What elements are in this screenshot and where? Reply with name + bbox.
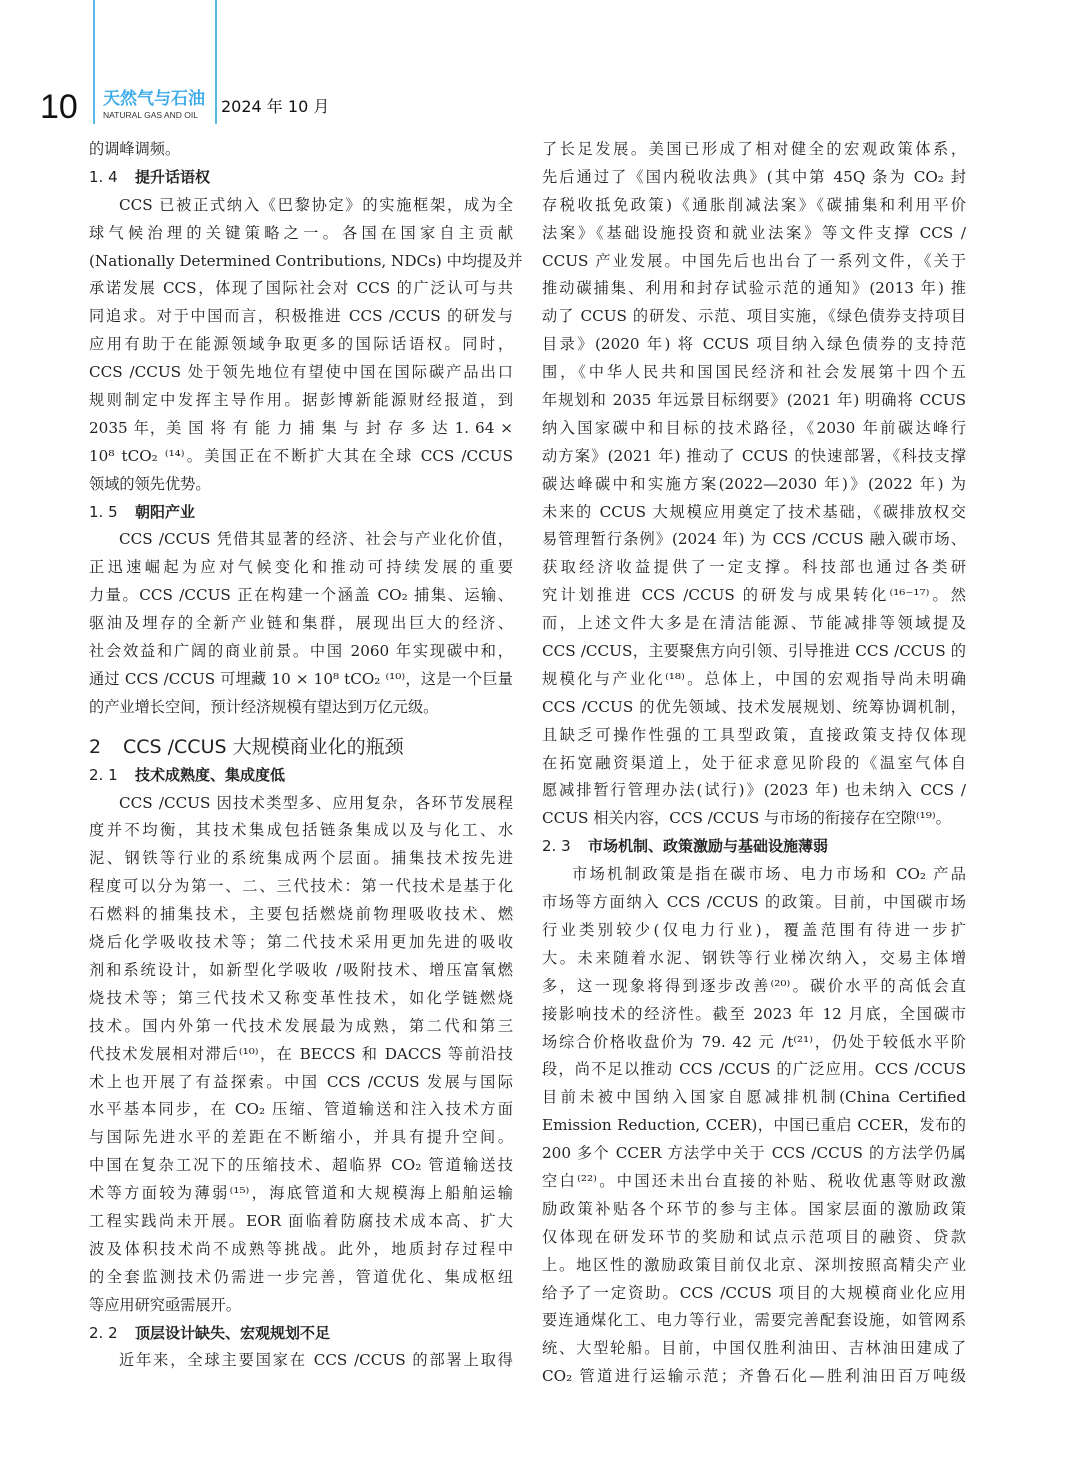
text-line: 统、大型轮船。目前，中国仅胜利油田、吉林油田建成了 xyxy=(542,1335,966,1363)
heading-number: 2. 1 xyxy=(89,762,135,790)
text-line: 获取经济收益提供了一定支撑。科技部也通过各类研 xyxy=(542,554,966,582)
text-line: 承诺发展 CCS，体现了国际社会对 CCS 的广泛认可与共 xyxy=(89,275,513,303)
heading-number: 2. 2 xyxy=(89,1320,135,1348)
text-line: 场综合价格收盘价为 79. 42 元 /t⁽²¹⁾，仍处于较低水平阶 xyxy=(542,1029,966,1057)
text-line: 球气候治理的关键策略之一。各国在国家自主贡献 xyxy=(89,220,513,248)
text-line: 程度可以分为第一、二、三代技术：第一代技术是基于化 xyxy=(89,873,513,901)
heading-title: 技术成熟度、集成度低 xyxy=(135,766,285,784)
paragraph: 的调峰调频。 xyxy=(89,136,513,164)
text-line: 剂和系统设计，如新型化学吸收 /吸附技术、增压富氧燃 xyxy=(89,957,513,985)
text-line: 10⁸ tCO₂ ⁽¹⁴⁾。美国正在不断扩大其在全球 CCS /CCUS xyxy=(89,443,513,471)
text-line: CCUS 产业发展。中国先后也出台了一系列文件，《关于 xyxy=(542,248,966,276)
paragraph: 近年来，全球主要国家在 CCS /CCUS 的部署上取得 xyxy=(89,1347,513,1375)
subsection-heading: 1. 4提升话语权 xyxy=(89,164,513,192)
text-line: 烧技术等；第三代技术又称变革性技术，如化学链燃烧 xyxy=(89,985,513,1013)
page-header: 10 天然气与石油 NATURAL GAS AND OIL 2024 年 10 … xyxy=(0,0,1080,130)
text-line: CCS /CCUS 凭借其显著的经济、社会与产业化价值， xyxy=(89,526,513,554)
text-line: CCS /CCUS 处于领先地位有望使中国在国际碳产品出口 xyxy=(89,359,513,387)
heading-title: CCS /CCUS 大规模商业化的瓶颈 xyxy=(123,736,404,758)
subsection-heading: 2. 3市场机制、政策激励与基础设施薄弱 xyxy=(542,833,966,861)
text-line: 与国际先进水平的差距在不断缩小，并具有提升空间。 xyxy=(89,1124,513,1152)
text-line: CCS /CCUS 的优先领域、技术发展规划、统筹协调机制， xyxy=(542,694,966,722)
text-line: 上。地区性的激励政策目前仅北京、深圳按照高精尖产业 xyxy=(542,1252,966,1280)
text-line: 段，尚不足以推动 CCS /CCUS 的广泛应用。CCS /CCUS xyxy=(542,1056,966,1084)
text-line: 市场等方面纳入 CCS /CCUS 的政策。目前，中国碳市场 xyxy=(542,889,966,917)
subsection-heading: 1. 5朝阳产业 xyxy=(89,499,513,527)
paragraph: 市场机制政策是指在碳市场、电力市场和 CO₂ 产品市场等方面纳入 CCS /CC… xyxy=(542,861,966,1391)
text-line: 且缺乏可操作性强的工具型政策，直接政策支持仅体现 xyxy=(542,722,966,750)
text-line: 等应用研究亟需展开。 xyxy=(89,1292,513,1320)
text-line: 愿减排暂行管理办法(试行)》(2023 年) 也未纳入 CCS / xyxy=(542,777,966,805)
text-line: 200 多个 CCER 方法学中关于 CCS /CCUS 的方法学仍属 xyxy=(542,1140,966,1168)
text-line: 代技术发展相对滞后⁽¹⁰⁾，在 BECCS 和 DACCS 等前沿技 xyxy=(89,1041,513,1069)
text-line: 度并不均衡，其技术集成包括链条集成以及与化工、水 xyxy=(89,817,513,845)
text-line: 的调峰调频。 xyxy=(89,136,513,164)
text-line: 社会效益和广阔的商业前景。中国 2060 年实现碳中和， xyxy=(89,638,513,666)
text-line: 励政策补贴各个环节的参与主体。国家层面的激励政策 xyxy=(542,1196,966,1224)
text-line: 纳入国家碳中和目标的技术路径，《2030 年前碳达峰行 xyxy=(542,415,966,443)
right-column: 了长足发展。美国已形成了相对健全的宏观政策体系，先后通过了《国内税收法典》(其中… xyxy=(542,136,966,1391)
text-line: 易管理暂行条例》(2024 年) 为 CCS /CCUS 融入碳市场、 xyxy=(542,526,966,554)
text-line: 而，上述文件大多是在清洁能源、节能减排等领域提及 xyxy=(542,610,966,638)
paragraph: 了长足发展。美国已形成了相对健全的宏观政策体系，先后通过了《国内税收法典》(其中… xyxy=(542,136,966,833)
text-line: 正迅速崛起为应对气候变化和推动可持续发展的重要 xyxy=(89,554,513,582)
text-line: 法案》《基础设施投资和就业法案》等文件支撑 CCS / xyxy=(542,220,966,248)
text-line: 泥、钢铁等行业的系统集成两个层面。捕集技术按先进 xyxy=(89,845,513,873)
paragraph: CCS /CCUS 因技术类型多、应用复杂，各环节发展程度并不均衡，其技术集成包… xyxy=(89,790,513,1320)
issue-date: 2024 年 10 月 xyxy=(221,94,329,117)
text-line: 目录》(2020 年) 将 CCUS 项目纳入绿色债券的支持范 xyxy=(542,331,966,359)
heading-title: 顶层设计缺失、宏观规划不足 xyxy=(135,1324,330,1342)
text-line: (Nationally Determined Contributions, ND… xyxy=(89,248,513,276)
text-line: 行业类别较少(仅电力行业)，覆盖范围有待进一步扩 xyxy=(542,917,966,945)
text-line: 驱油及埋存的全新产业链和集群，展现出巨大的经济、 xyxy=(89,610,513,638)
text-line: CCS /CCUS，主要聚焦方向引领、引导推进 CCS /CCUS 的 xyxy=(542,638,966,666)
text-line: 究计划推进 CCS /CCUS 的研发与成果转化⁽¹⁶⁻¹⁷⁾。然 xyxy=(542,582,966,610)
text-line: 接影响技术的经济性。截至 2023 年 12 月底，全国碳市 xyxy=(542,1001,966,1029)
journal-title-en: NATURAL GAS AND OIL xyxy=(103,110,198,120)
text-line: 力量。CCS /CCUS 正在构建一个涵盖 CO₂ 捕集、运输、 xyxy=(89,582,513,610)
subsection-heading: 2. 1技术成熟度、集成度低 xyxy=(89,762,513,790)
text-line: 推动碳捕集、利用和封存试验示范的通知》(2013 年) 推 xyxy=(542,275,966,303)
text-line: 给予了一定资助。CCS /CCUS 项目的大规模商业化应用 xyxy=(542,1280,966,1308)
text-line: 的产业增长空间，预计经济规模有望达到万亿元级。 xyxy=(89,694,513,722)
heading-number: 1. 4 xyxy=(89,164,135,192)
text-line: 同追求。对于中国而言，积极推进 CCS /CCUS 的研发与 xyxy=(89,303,513,331)
text-line: 要连通煤化工、电力等行业，需要完善配套设施，如管网系 xyxy=(542,1307,966,1335)
left-column: 的调峰调频。1. 4提升话语权CCS 已被正式纳入《巴黎协定》的实施框架，成为全… xyxy=(89,136,513,1375)
text-line: 工程实践尚未开展。EOR 面临着防腐技术成本高、扩大 xyxy=(89,1208,513,1236)
heading-title: 朝阳产业 xyxy=(135,503,195,521)
text-line: 未来的 CCUS 大规模应用奠定了技术基础，《碳排放权交 xyxy=(542,499,966,527)
text-line: 水平基本同步，在 CO₂ 压缩、管道输送和注入技术方面 xyxy=(89,1096,513,1124)
text-line: 应用有助于在能源领域争取更多的国际话语权。同时， xyxy=(89,331,513,359)
text-line: 术上也开展了有益探索。中国 CCS /CCUS 发展与国际 xyxy=(89,1069,513,1097)
text-line: CCUS 相关内容，CCS /CCUS 与市场的衔接存在空隙⁽¹⁹⁾。 xyxy=(542,805,966,833)
text-line: 仅体现在研发环节的奖励和试点示范项目的融资、贷款 xyxy=(542,1224,966,1252)
text-line: CCS /CCUS 因技术类型多、应用复杂，各环节发展程 xyxy=(89,790,513,818)
text-line: 术等方面较为薄弱⁽¹⁵⁾，海底管道和大规模海上船舶运输 xyxy=(89,1180,513,1208)
text-line: 了长足发展。美国已形成了相对健全的宏观政策体系， xyxy=(542,136,966,164)
text-line: 通过 CCS /CCUS 可埋藏 10 × 10⁸ tCO₂ ⁽¹⁰⁾，这是一个… xyxy=(89,666,513,694)
paragraph: CCS /CCUS 凭借其显著的经济、社会与产业化价值，正迅速崛起为应对气候变化… xyxy=(89,526,513,721)
heading-number: 1. 5 xyxy=(89,499,135,527)
text-line: 年规划和 2035 年远景目标纲要》(2021 年) 明确将 CCUS xyxy=(542,387,966,415)
text-line: 碳达峰碳中和实施方案(2022—2030 年)》(2022 年) 为 xyxy=(542,471,966,499)
text-line: 领域的领先优势。 xyxy=(89,471,513,499)
text-line: 先后通过了《国内税收法典》(其中第 45Q 条为 CO₂ 封 xyxy=(542,164,966,192)
heading-number: 2 xyxy=(89,732,123,762)
text-line: 在拓宽融资渠道上，处于征求意见阶段的《温室气体自 xyxy=(542,750,966,778)
text-line: 存税收抵免政策)《通胀削减法案》《碳捕集和利用平价 xyxy=(542,192,966,220)
text-line: 中国在复杂工况下的压缩技术、超临界 CO₂ 管道输送技 xyxy=(89,1152,513,1180)
heading-title: 提升话语权 xyxy=(135,168,210,186)
section-heading: 2CCS /CCUS 大规模商业化的瓶颈 xyxy=(89,732,513,762)
text-line: 近年来，全球主要国家在 CCS /CCUS 的部署上取得 xyxy=(89,1347,513,1375)
text-line: 烧后化学吸收技术等；第二代技术采用更加先进的吸收 xyxy=(89,929,513,957)
text-line: 围，《中华人民共和国国民经济和社会发展第十四个五 xyxy=(542,359,966,387)
journal-logo: 天然气与石油 NATURAL GAS AND OIL xyxy=(93,0,217,124)
text-line: 的全套监测技术仍需进一步完善，管道优化、集成枢纽 xyxy=(89,1264,513,1292)
heading-title: 市场机制、政策激励与基础设施薄弱 xyxy=(588,837,828,855)
heading-number: 2. 3 xyxy=(542,833,588,861)
text-line: 2035 年，美 国 将 有 能 力 捕 集 与 封 存 多 达 1. 64 × xyxy=(89,415,513,443)
text-line: 市场机制政策是指在碳市场、电力市场和 CO₂ 产品 xyxy=(542,861,966,889)
text-line: 技术。国内外第一代技术发展最为成熟，第二代和第三 xyxy=(89,1013,513,1041)
text-line: 大。未来随着水泥、钢铁等行业梯次纳入，交易主体增 xyxy=(542,945,966,973)
page-number: 10 xyxy=(40,88,78,127)
text-line: 动了 CCUS 的研发、示范、项目实施，《绿色债券支持项目 xyxy=(542,303,966,331)
text-line: Emission Reduction, CCER)，中国已重启 CCER，发布的 xyxy=(542,1112,966,1140)
text-line: 多，这一现象将得到逐步改善⁽²⁰⁾。碳价水平的高低会直 xyxy=(542,973,966,1001)
subsection-heading: 2. 2顶层设计缺失、宏观规划不足 xyxy=(89,1320,513,1348)
text-line: CCS 已被正式纳入《巴黎协定》的实施框架，成为全 xyxy=(89,192,513,220)
text-line: 波及体积技术尚不成熟等挑战。此外，地质封存过程中 xyxy=(89,1236,513,1264)
text-line: 目前未被中国纳入国家自愿减排机制(China Certified xyxy=(542,1084,966,1112)
text-line: 动方案》(2021 年) 推动了 CCUS 的快速部署，《科技支撑 xyxy=(542,443,966,471)
text-line: 石燃料的捕集技术，主要包括燃烧前物理吸收技术、燃 xyxy=(89,901,513,929)
text-line: CO₂ 管道进行运输示范；齐鲁石化—胜利油田百万吨级 xyxy=(542,1363,966,1391)
text-line: 空白⁽²²⁾。中国还未出台直接的补贴、税收优惠等财政激 xyxy=(542,1168,966,1196)
paragraph: CCS 已被正式纳入《巴黎协定》的实施框架，成为全球气候治理的关键策略之一。各国… xyxy=(89,192,513,499)
journal-title-cn: 天然气与石油 xyxy=(103,84,205,109)
text-line: 规模化与产业化⁽¹⁸⁾。总体上，中国的宏观指导尚未明确 xyxy=(542,666,966,694)
text-line: 规则制定中发挥主导作用。据彭博新能源财经报道，到 xyxy=(89,387,513,415)
